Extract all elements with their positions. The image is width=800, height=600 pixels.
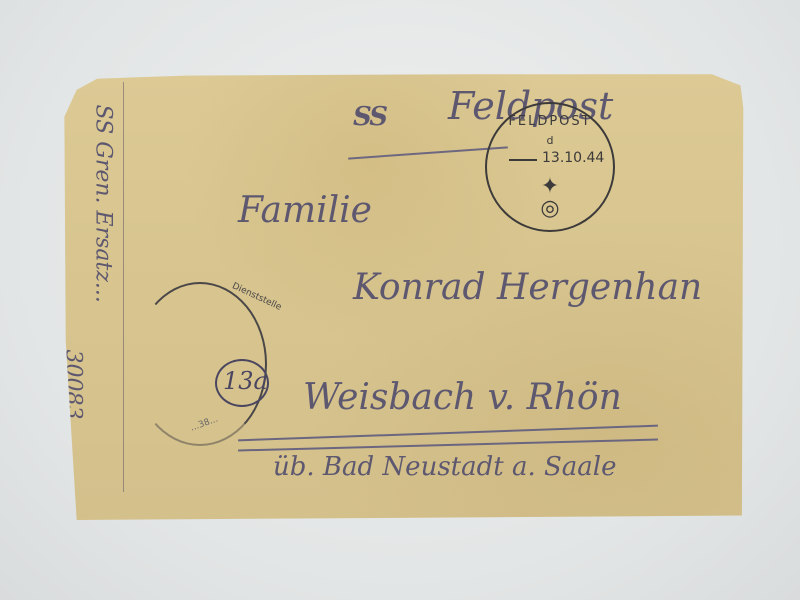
- address-line-4: üb. Bad Neustadt a. Saale: [273, 452, 617, 482]
- eagle-icon: ✦◎: [523, 176, 577, 220]
- postmark-bar: [509, 159, 537, 161]
- postmark-date: 13.10.44: [542, 150, 604, 166]
- address-line-2: Konrad Hergenhan: [353, 267, 702, 308]
- postal-code-circle: 13a: [215, 359, 269, 407]
- postmark-sub-letter: d: [487, 134, 613, 147]
- unit-stamp-text: Dienststelle: [230, 281, 282, 313]
- postmark-label: FELDPOST: [487, 114, 613, 129]
- handwritten-stroke: [348, 146, 508, 159]
- address-underline-1: [238, 425, 658, 442]
- service-mark: SS: [353, 102, 386, 132]
- flap-line: [123, 82, 124, 492]
- feldpost-postmark: FELDPOST d 13.10.44 ✦◎: [485, 102, 615, 232]
- address-underline-2: [238, 439, 658, 452]
- address-line-1: Familie: [238, 190, 372, 231]
- envelope: SS Gren. Ersatz... 30083 SS Feldpost FEL…: [63, 72, 746, 520]
- sender-line: SS Gren. Ersatz...: [91, 105, 116, 485]
- unit-stamp-bottom: ...38...: [189, 414, 219, 433]
- postal-code: 13a: [223, 367, 268, 395]
- sender-number: 30083: [61, 350, 86, 420]
- address-line-3: Weisbach v. Rhön: [303, 377, 622, 418]
